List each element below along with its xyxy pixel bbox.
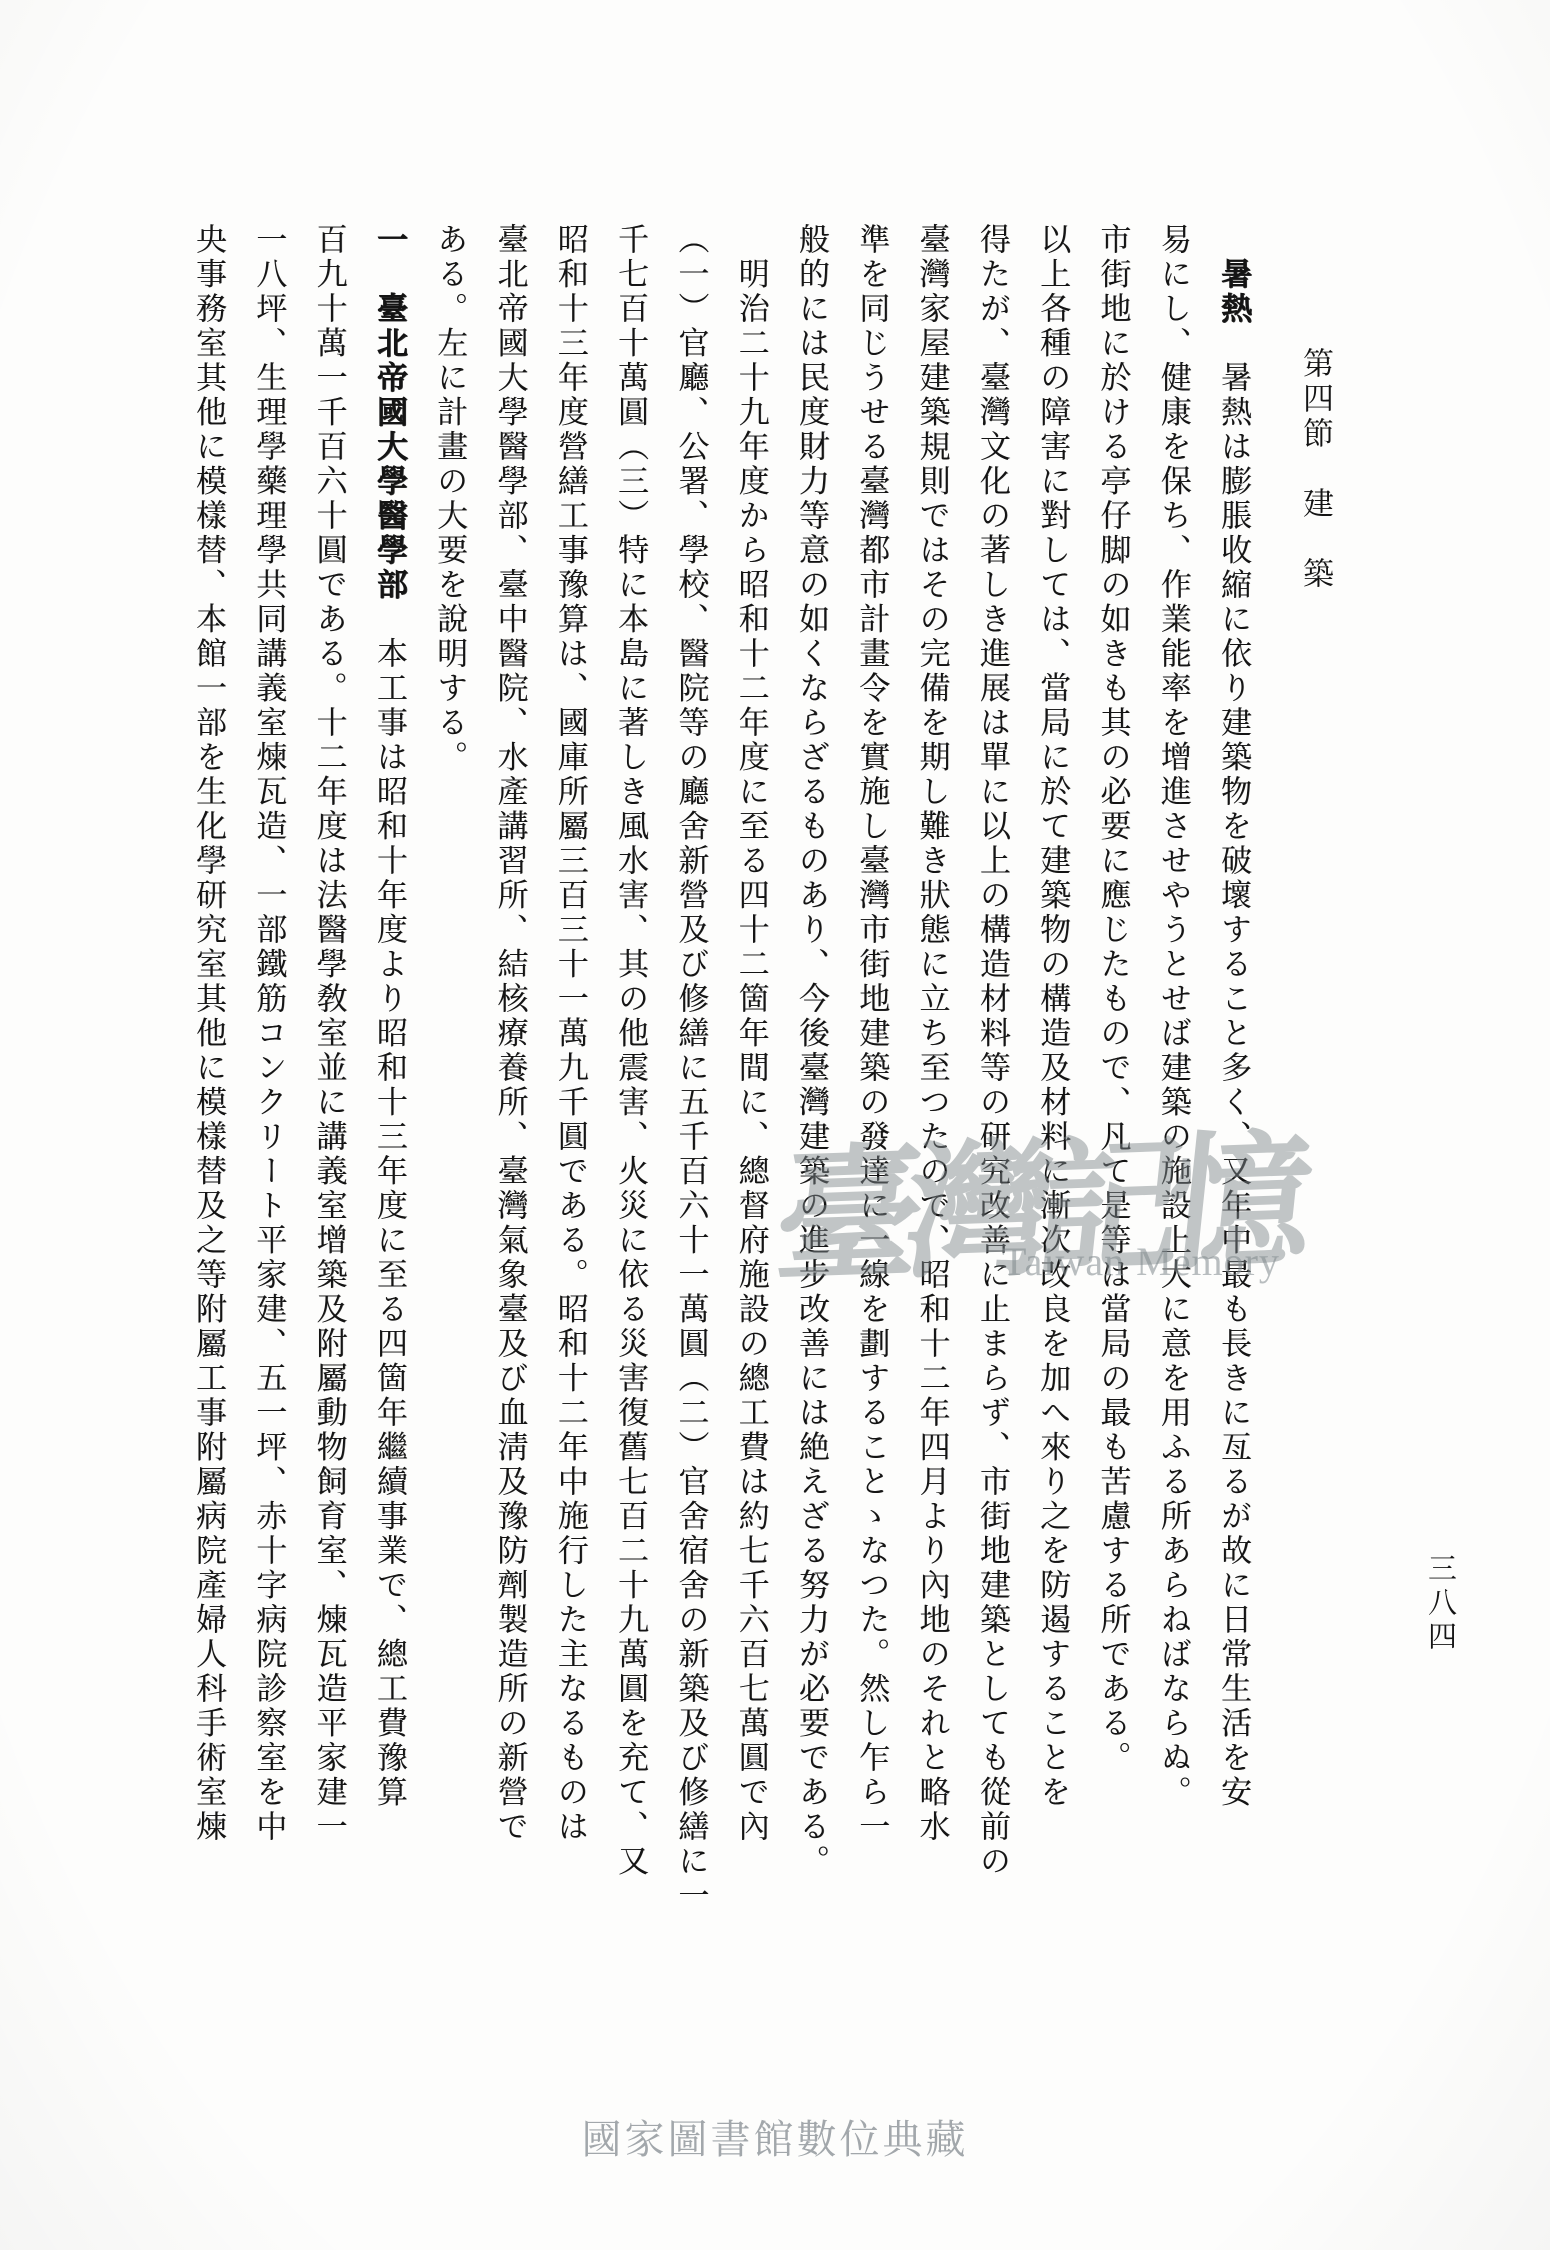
text-column-16: 百九十萬一千百六十圓である。十二年度は法醫學敎室並に講義室增築及附屬動物飼育室、…: [298, 223, 358, 2013]
text-column-12: 昭和十三年度營繕工事豫算は、國庫所屬三百三十一萬九千圓である。昭和十二年中施行し…: [539, 223, 599, 2013]
text-column-13: 臺北帝國大學醫學部、臺中醫院、水產講習所、結核療養所、臺灣氣象臺及び血淸及豫防劑…: [479, 223, 539, 2013]
page-number: 三八四: [1421, 1553, 1462, 1655]
text-column-14: ある。左に計畫の大要を說明する。: [419, 223, 479, 2013]
scanned-page: 第四節 建 築 三八四 暑熱 暑熱は膨脹收縮に依り建築物を破壞すること多く、又年…: [0, 0, 1550, 2250]
library-watermark: 國家圖書館數位典藏: [0, 2108, 1550, 2165]
taiwan-memory-watermark-latin: Taiwan Memory: [1002, 1238, 1280, 1285]
text-column-9: 明治二十九年度から昭和十二年度に至る四十二箇年間に、總督府施設の總工費は約七千六…: [720, 223, 780, 2013]
text-column-17: 一八坪、生理學藥理學共同講義室煉瓦造、一部鐵筋コンクリート平家建、五一坪、赤十字…: [238, 223, 298, 2013]
section-header: 第四節 建 築: [1293, 347, 1338, 592]
text-column-18: 央事務室其他に模樣替、本館一部を生化學研究室其他に模樣替及之等附屬工事附屬病院產…: [178, 223, 238, 2013]
text-column-11: 千七百十萬圓（三）特に本島に著しき風水害、其の他震害、火災に依る災害復舊七百二十…: [600, 223, 660, 2013]
text-column-15: 一 臺北帝國大學醫學部 本工事は昭和十年度より昭和十三年度に至る四箇年繼續事業で…: [359, 223, 419, 2013]
text-column-10: （一）官廳、公署、學校、醫院等の廳舍新營及び修繕に五千百六十一萬圓（二）官舍宿舍…: [660, 223, 720, 2013]
